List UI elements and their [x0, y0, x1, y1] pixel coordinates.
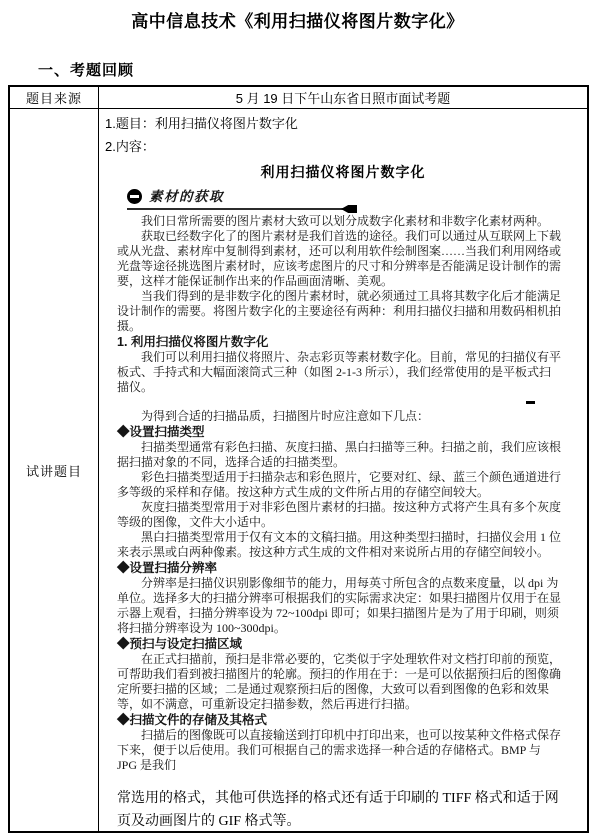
paragraph-format-2: 常选用的格式，其他可供选择的格式还有适于印刷的 TIFF 格式和适于网页及动画图… [117, 787, 561, 831]
paragraph-intro-2: 获取已经数字化了的图片素材是我们首选的途径。我们可以通过从互联网上下载或从光盘、… [117, 229, 561, 289]
item-content-line: 2.内容： [105, 135, 581, 158]
paragraph-intro-3: 当我们得到的是非数字化的图片素材时，就必须通过工具将其数字化后才能满足设计制作的… [117, 289, 561, 334]
material-banner-label: 素材的获取 [149, 189, 224, 204]
item-title-line: 1.题目：利用扫描仪将图片数字化 [105, 112, 581, 135]
paragraph-tips: 为得到合适的扫描品质，扫描图片时应注意如下几点： [117, 409, 561, 424]
source-value-cell: 5 月 19 日下午山东省日照市面试考题 [99, 87, 587, 109]
material-banner: 素材的获取 [127, 188, 561, 205]
paragraph-intro-1: 我们日常所需要的图片素材大致可以划分成数字化素材和非数字化素材两种。 [117, 214, 561, 229]
topic-label-cell: 试讲题目 [10, 109, 99, 831]
paragraph-resolution: 分辨率是扫描仪识别影像细节的能力，用每英寸所包含的点数来度量，以 dpi 为单位… [117, 576, 561, 636]
circle-minus-icon [127, 189, 142, 204]
document-page: 高中信息技术《利用扫描仪将图片数字化》 一、考题回顾 题目来源 5 月 19 日… [0, 0, 595, 833]
paragraph-type-3: 灰度扫描类型常用于对非彩色图片素材的扫描。按这种方式将产生具有多个灰度等级的图像… [117, 500, 561, 530]
topic-label: 试讲题目 [26, 461, 82, 480]
heading-scan-type: ◆设置扫描类型 [117, 424, 561, 440]
content-cell: 1.题目：利用扫描仪将图片数字化 2.内容： 利用扫描仪将图片数字化 素材的获取… [99, 109, 587, 831]
heading-scanner: 1. 利用扫描仪将图片数字化 [117, 334, 561, 350]
paragraph-type-1: 扫描类型通常有彩色扫描、灰度扫描、黑白扫描等三种。扫描之前，我们应该根据扫描对象… [117, 440, 561, 470]
section-heading: 一、考题回顾 [38, 59, 595, 80]
banner-rule [127, 208, 355, 210]
heading-prescan: ◆预扫与设定扫描区域 [117, 636, 561, 652]
paragraph-type-2: 彩色扫描类型适用于扫描杂志和彩色照片，它要对红、绿、蓝三个颜色通道进行多等级的采… [117, 470, 561, 500]
figure-gap [117, 395, 561, 409]
paragraph-prescan: 在正式扫描前，预扫是非常必要的，它类似于字处理软件对文档打印前的预览，可帮助我们… [117, 652, 561, 712]
pen-nib-icon [341, 205, 357, 213]
document-inner-title: 利用扫描仪将图片数字化 [105, 162, 581, 182]
dash-mark [526, 401, 535, 404]
circle-minus-bar [130, 195, 139, 198]
paragraph-type-4: 黑白扫描类型常用于仅有文本的文稿扫描。用这种类型扫描时，扫描仪会用 1 位来表示… [117, 530, 561, 560]
source-label: 题目来源 [26, 88, 82, 107]
page-title: 高中信息技术《利用扫描仪将图片数字化》 [0, 0, 595, 32]
paragraph-scanner: 我们可以利用扫描仪将照片、杂志彩页等素材数字化。目前，常见的扫描仪有平板式、手持… [117, 350, 561, 395]
paragraph-format-1: 扫描后的图像既可以直接输送到打印机中打印出来，也可以按某种文件格式保存下来，便于… [117, 728, 561, 773]
exam-table: 题目来源 5 月 19 日下午山东省日照市面试考题 试讲题目 1.题目：利用扫描… [8, 85, 589, 833]
heading-resolution: ◆设置扫描分辨率 [117, 560, 561, 576]
source-value: 5 月 19 日下午山东省日照市面试考题 [236, 88, 451, 107]
source-label-cell: 题目来源 [10, 87, 99, 109]
textbook-scan-block: 素材的获取 我们日常所需要的图片素材大致可以划分成数字化素材和非数字化素材两种。… [117, 188, 561, 831]
heading-format: ◆扫描文件的存储及其格式 [117, 712, 561, 728]
